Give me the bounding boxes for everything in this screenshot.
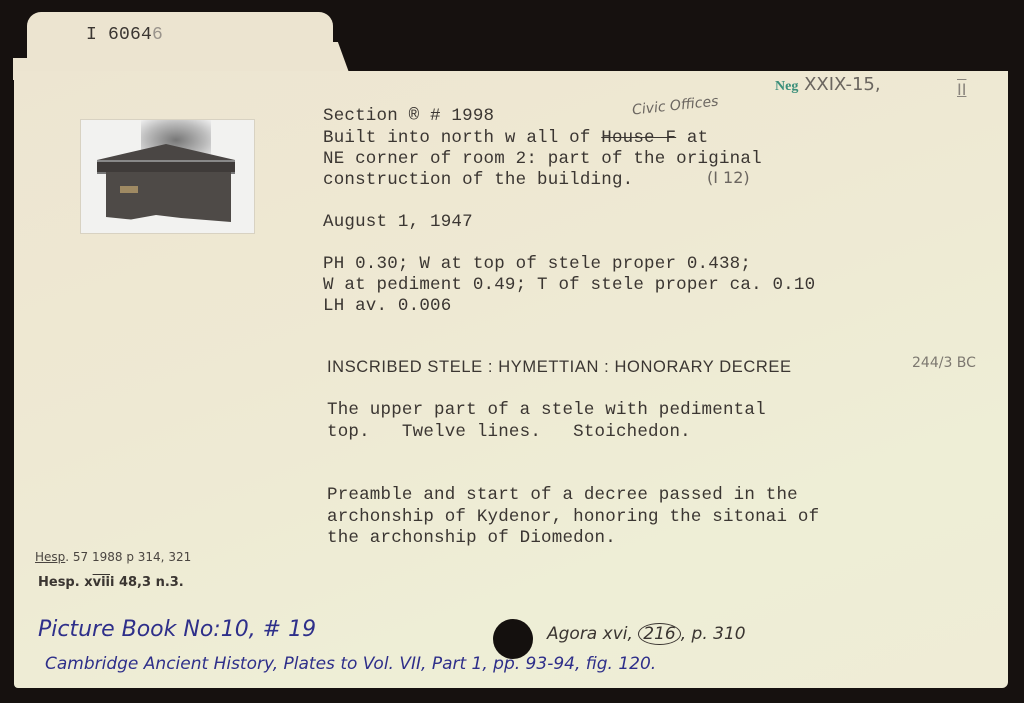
hesp-ref-1-text: . 57 1988 p 314, 321: [65, 550, 191, 564]
agora-ref: Agora xvi, 216, p. 310: [547, 624, 746, 644]
card-id: I 60646: [86, 24, 163, 46]
hesperia-ref-2: Hesp. xviii 48,3 n.3.: [38, 575, 184, 590]
struck-house-f: House F: [601, 128, 676, 148]
agora-page: , p. 310: [681, 624, 746, 644]
ref-i12-note: (I 12): [707, 168, 750, 187]
summary-line-3: the archonship of Diomedon.: [327, 527, 616, 549]
cambridge-ref: Cambridge Ancient History, Plates to Vol…: [45, 654, 656, 674]
location-line-3: construction of the building.: [323, 169, 633, 191]
section-line: Section ® # 1998: [323, 105, 494, 127]
date: August 1, 1947: [323, 211, 473, 233]
agora-circled-number: 216: [638, 623, 680, 645]
location-line-2: NE corner of room 2: part of the origina…: [323, 148, 762, 170]
description-line-2: top. Twelve lines. Stoichedon.: [327, 421, 691, 443]
negative-label: Neg: [775, 79, 798, 94]
classification: INSCRIBED STELE : HYMETTIAN : HONORARY D…: [327, 356, 792, 378]
card-id-number: I 6064: [86, 25, 152, 45]
picture-book-ref: Picture Book No:10, # 19: [38, 617, 316, 642]
punch-hole: [493, 619, 533, 659]
hesp-ref-2-b: i 48,3 n.3.: [110, 575, 184, 590]
hesp-ref-2-a: Hesp. x: [38, 575, 93, 590]
location-line-1: Built into north w all of House F at: [323, 127, 708, 149]
summary-line-2: archonship of Kydenor, honoring the sito…: [327, 506, 819, 528]
hesp-label: Hesp: [35, 550, 65, 564]
summary-line-1: Preamble and start of a decree passed in…: [327, 484, 798, 506]
dimensions-line-2: W at pediment 0.49; T of stele proper ca…: [323, 274, 815, 296]
roman-mark: II: [957, 80, 966, 99]
hesperia-ref-1: Hesp. 57 1988 p 314, 321: [35, 550, 191, 564]
description-line-1: The upper part of a stele with pedimenta…: [327, 399, 766, 421]
stele-fragment-photo: [80, 119, 255, 234]
negative-number: Neg XXIX-15,: [775, 74, 881, 95]
dimensions-line-3: LH av. 0.006: [323, 295, 451, 317]
stele-stain: [120, 186, 138, 193]
location-text: Built into north w all of: [323, 128, 601, 148]
agora-text: Agora xvi,: [547, 624, 633, 644]
stele-body: [106, 172, 231, 222]
negative-value: XXIX-15,: [804, 74, 881, 95]
dimensions-line-1: PH 0.30; W at top of stele proper 0.438;: [323, 253, 751, 275]
hesp-ref-2-roman: vii: [93, 575, 110, 590]
location-text-end: at: [676, 128, 708, 148]
stele-cornice: [97, 160, 235, 174]
card-id-faded-digit: 6: [152, 25, 163, 45]
stele-pediment: [97, 144, 235, 160]
date-bc-note: 244/3 BC: [912, 355, 976, 371]
